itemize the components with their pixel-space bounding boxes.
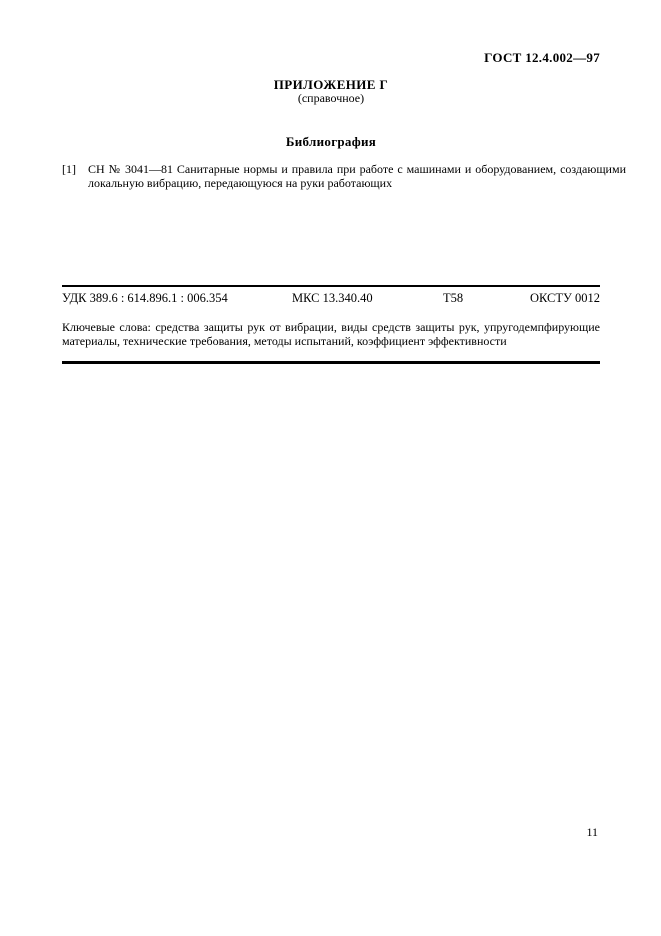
keywords-paragraph: Ключевые слова: средства защиты рук от в… xyxy=(62,320,600,348)
doc-code: ГОСТ 12.4.002—97 xyxy=(484,50,600,66)
appendix-subtitle: (справочное) xyxy=(62,91,600,106)
t-code: Т58 xyxy=(443,291,463,306)
reference-text: СН № 3041—81 Санитарные нормы и правила … xyxy=(88,162,626,190)
reference-marker: [1] xyxy=(62,163,88,177)
mks-code: МКС 13.340.40 xyxy=(292,291,373,306)
page-number: 11 xyxy=(62,825,600,840)
reference-item: [1]СН № 3041—81 Санитарные нормы и прави… xyxy=(62,163,626,190)
okstu-code: ОКСТУ 0012 xyxy=(530,291,600,306)
horizontal-rule-top xyxy=(62,285,600,287)
udk-code: УДК 389.6 : 614.896.1 : 006.354 xyxy=(62,291,228,306)
bibliography-section-title: Библиография xyxy=(62,134,600,150)
horizontal-rule-bottom xyxy=(62,361,600,364)
document-page: ГОСТ 12.4.002—97 ПРИЛОЖЕНИЕ Г (справочно… xyxy=(0,0,661,936)
classification-row: УДК 389.6 : 614.896.1 : 006.354 МКС 13.3… xyxy=(62,291,600,307)
